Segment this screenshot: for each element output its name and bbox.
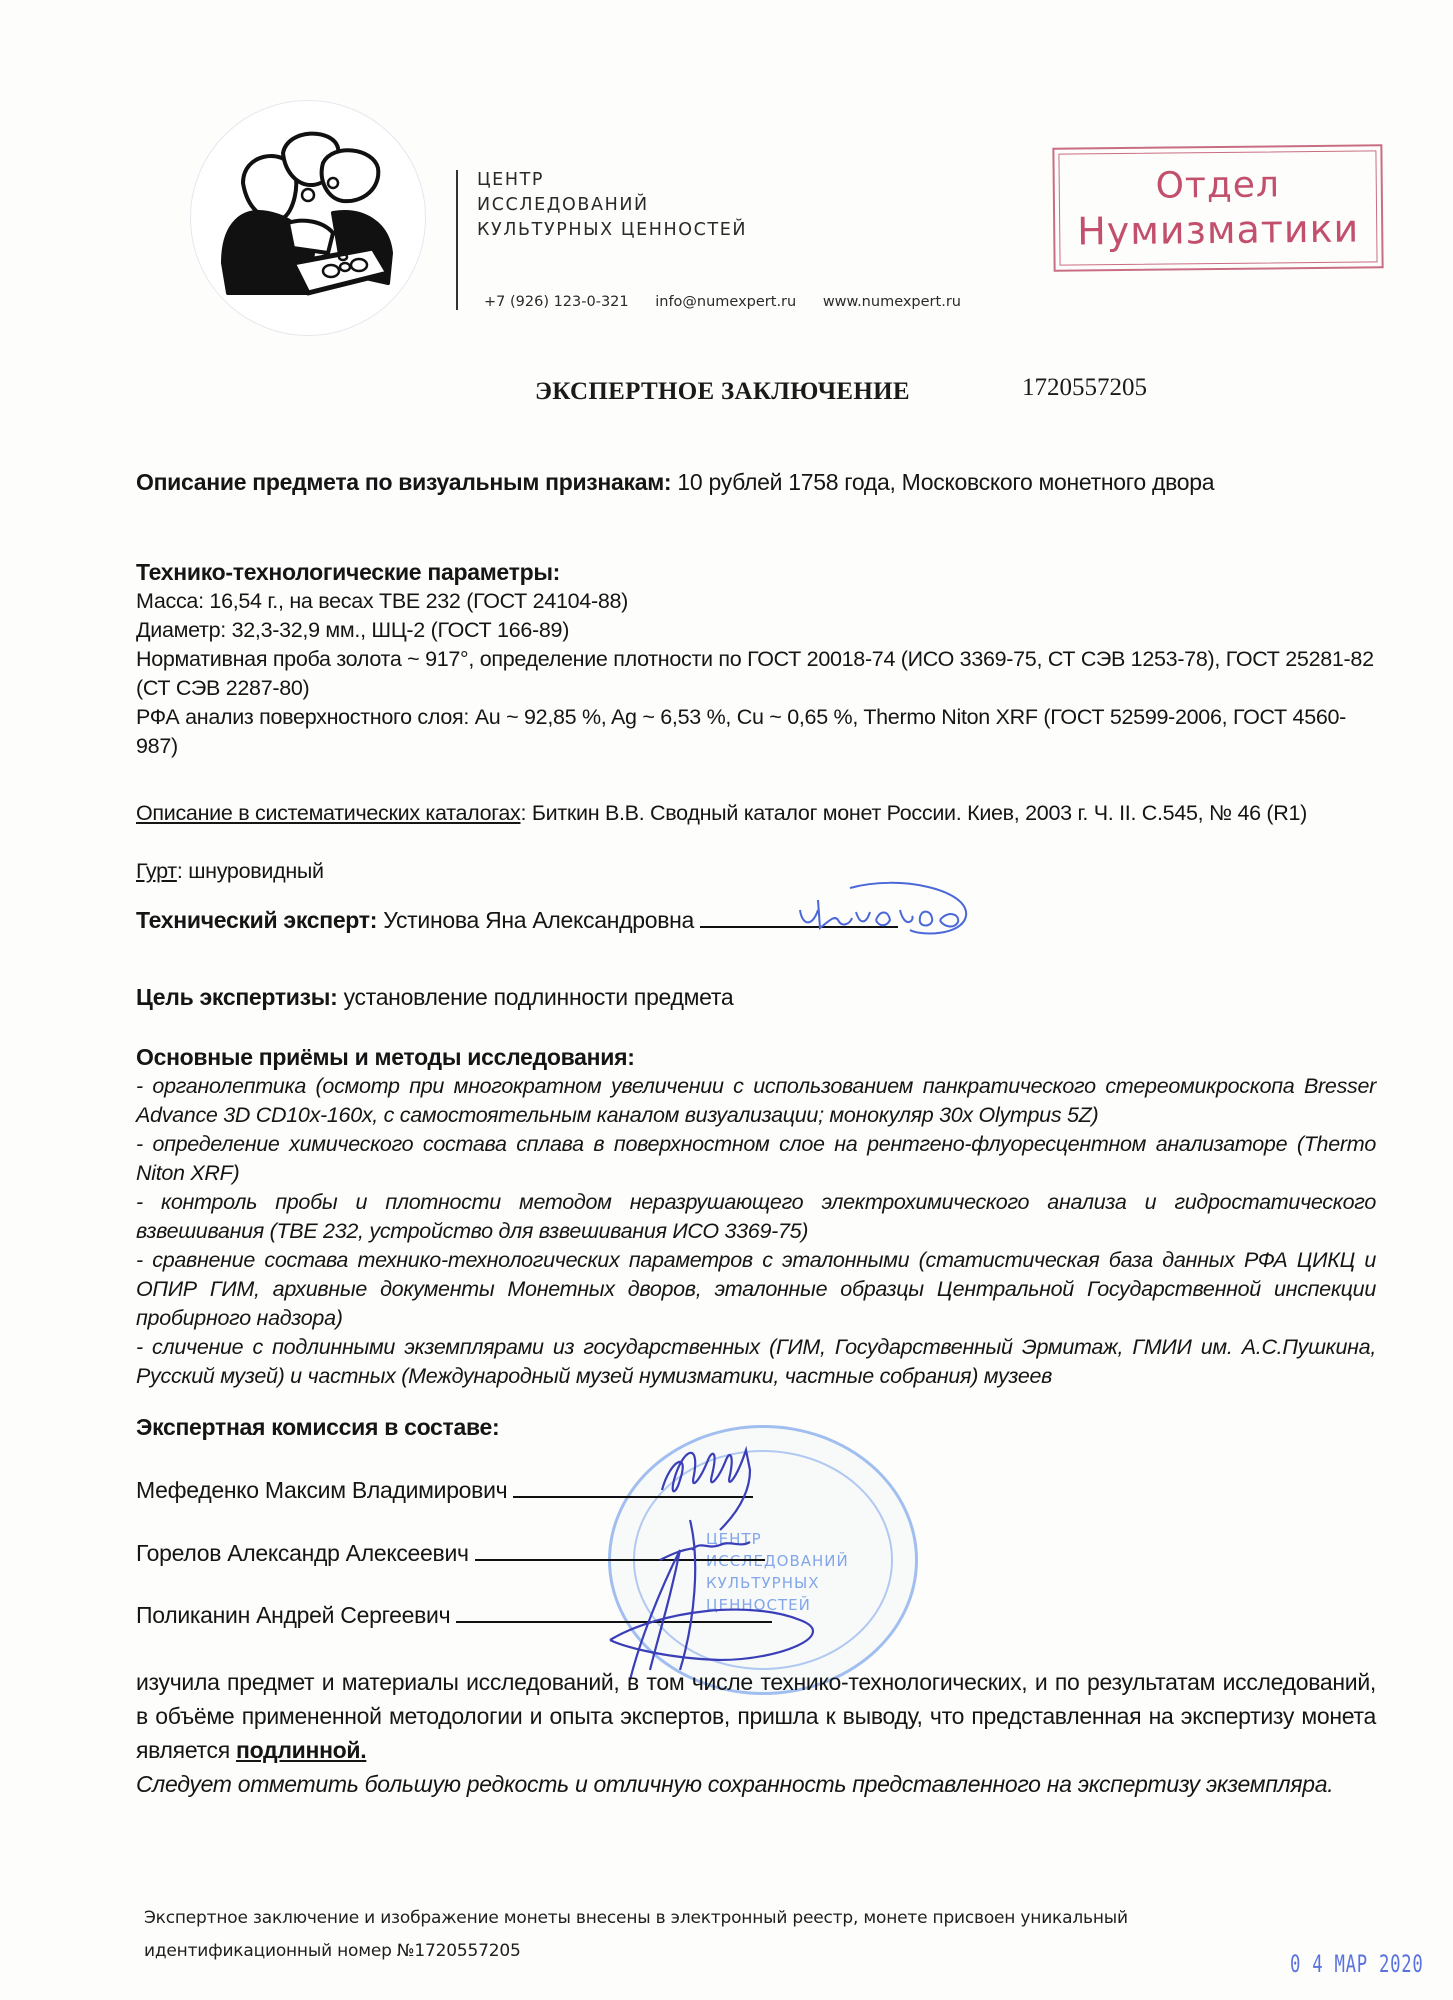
technical-line-fineness: Нормативная проба золота ~ 917°, определ… [136,645,1376,703]
org-name-line: ИССЛЕДОВАНИЙ [477,193,747,218]
email-link[interactable]: info@numexpert.ru [655,294,796,310]
description-label: Описание предмета по визуальным признака… [136,469,671,495]
member-signature-line [475,1539,765,1561]
member-signature-line [513,1476,753,1498]
tech-expert-label: Технический эксперт: [136,907,377,933]
methods-heading: Основные приёмы и методы исследования: [136,1042,1376,1072]
registry-note: Экспертное заключение и изображение моне… [144,1902,1394,1968]
contacts: +7 (926) 123-0-321 info@numexpert.ru www… [484,294,983,310]
item-description: Описание предмета по визуальным признака… [136,465,1376,499]
member-name: Мефеденко Максим Владимирович [136,1477,507,1503]
edge-value: : шнуровидный [177,859,324,883]
stamp-line-2: Нумизматики [1077,207,1360,254]
technical-heading: Технико-технологические параметры: [136,557,1376,587]
technical-line-xrf: РФА анализ поверхностного слоя: Au ~ 92,… [136,703,1376,761]
header-divider [456,170,458,310]
org-logo [190,100,426,336]
member-name: Поликанин Андрей Сергеевич [136,1602,450,1628]
conclusion: изучила предмет и материалы исследований… [136,1665,1376,1801]
method-item: - контроль пробы и плотности методом нер… [136,1188,1376,1246]
commission-heading-block: Экспертная комиссия в составе: [136,1410,1376,1444]
description-value: 10 рублей 1758 года, Московского монетно… [677,469,1214,495]
research-methods: Основные приёмы и методы исследования: -… [136,1042,1376,1391]
technical-expert: Технический эксперт: Устинова Яна Алекса… [136,903,1376,937]
method-item: - определение химического состава сплава… [136,1130,1376,1188]
registry-line-1: Экспертное заключение и изображение моне… [144,1902,1394,1935]
catalog-value: : Биткин В.В. Сводный каталог монет Росс… [520,801,1307,825]
department-stamp: Отдел Нумизматики [1052,144,1383,271]
technical-line-diameter: Диаметр: 32,3-32,9 мм., ШЦ-2 (ГОСТ 166-8… [136,616,1376,645]
conclusion-note: Следует отметить большую редкость и отли… [136,1767,1376,1801]
website-link[interactable]: www.numexpert.ru [823,294,961,310]
document-number: 1720557205 [1022,374,1147,402]
purpose-label: Цель экспертизы: [136,984,337,1010]
document-title: ЭКСПЕРТНОЕ ЗАКЛЮЧЕНИЕ [535,378,910,406]
date-stamp: 0 4 MAP 2020 [1290,1950,1423,1978]
stamp-line-1: Отдел [1155,163,1280,208]
technical-line-mass: Масса: 16,54 г., на весах ТВЕ 232 (ГОСТ … [136,587,1376,616]
org-name-line: КУЛЬТУРНЫХ ЦЕННОСТЕЙ [477,218,747,243]
edge-label: Гурт [136,859,177,883]
expertise-purpose: Цель экспертизы: установление подлинност… [136,980,1376,1014]
method-item: - сличение с подлинными экземплярами из … [136,1333,1376,1391]
phone: +7 (926) 123-0-321 [484,294,629,310]
verdict: подлинной. [236,1737,366,1763]
registry-line-2: идентификационный номер №1720557205 [144,1935,1394,1968]
commission-member: Мефеденко Максим Владимирович [136,1473,1376,1507]
edge-description: Гурт: шнуровидный [136,857,1376,886]
commission-heading: Экспертная комиссия в составе: [136,1410,1376,1444]
technical-parameters: Технико-технологические параметры: Масса… [136,557,1376,761]
catalog-description: Описание в систематических каталогах: Би… [136,799,1376,828]
seal-text-line: культурных [706,1572,866,1594]
member-name: Горелов Александр Алексеевич [136,1540,469,1566]
numismatists-logo-icon [213,123,403,303]
method-item: - сравнение состава технико-технологичес… [136,1246,1376,1333]
tech-expert-signature-line [700,906,898,928]
commission-member: Горелов Александр Алексеевич [136,1536,1376,1570]
tech-expert-name: Устинова Яна Александровна [383,907,694,933]
purpose-value: установление подлинности предмета [344,984,734,1010]
catalog-label: Описание в систематических каталогах [136,801,520,825]
commission-member: Поликанин Андрей Сергеевич [136,1598,1376,1632]
method-item: - органолептика (осмотр при многократном… [136,1072,1376,1130]
expert-certificate-page: ЦЕНТР ИССЛЕДОВАНИЙ КУЛЬТУРНЫХ ЦЕННОСТЕЙ … [0,0,1453,2000]
member-signature-line [456,1601,772,1623]
org-name-line: ЦЕНТР [477,168,747,193]
org-name: ЦЕНТР ИССЛЕДОВАНИЙ КУЛЬТУРНЫХ ЦЕННОСТЕЙ [477,168,747,243]
